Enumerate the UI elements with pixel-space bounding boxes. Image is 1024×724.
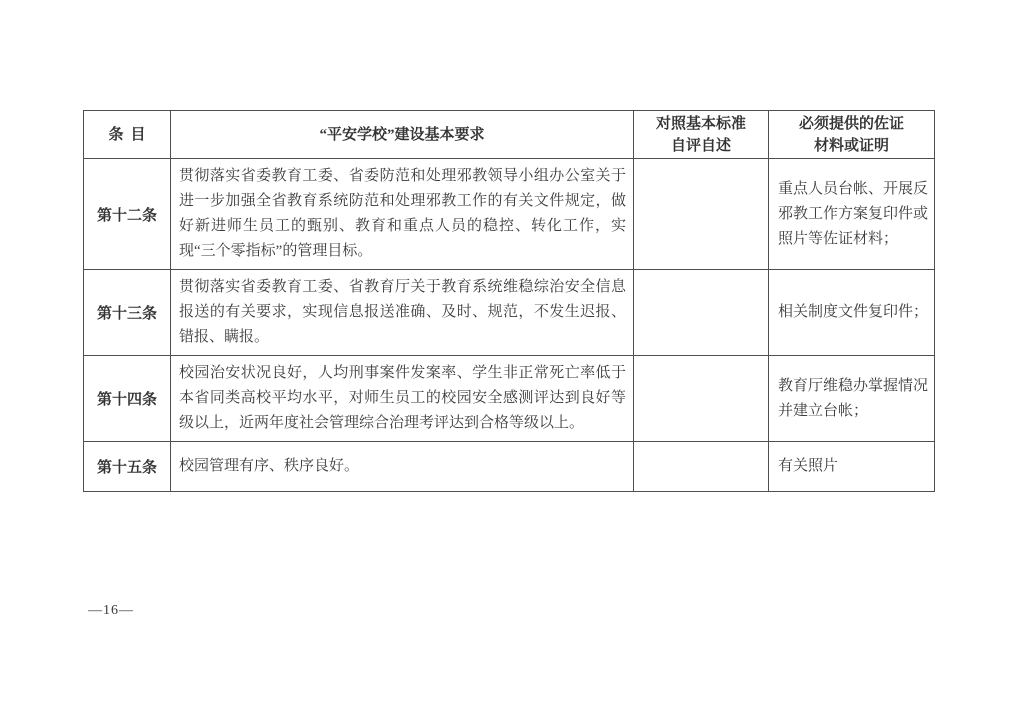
self-evaluation-cell [634, 270, 769, 356]
table-header-row: 条目 “平安学校”建设基本要求 对照基本标准 自评自述 必须提供的佐证 材料或证… [84, 111, 935, 159]
requirement-cell: 校园治安状况良好，人均刑事案件发案率、学生非正常死亡率低于本省同类高校平均水平，… [171, 356, 634, 442]
requirement-cell: 校园管理有序、秩序良好。 [171, 442, 634, 492]
table-row: 第十二条 贯彻落实省委教育工委、省委防范和处理邪教领导小组办公室关于进一步加强全… [84, 159, 935, 270]
item-cell: 第十三条 [84, 270, 171, 356]
evidence-cell: 有关照片 [769, 442, 935, 492]
safe-school-requirements-table: 条目 “平安学校”建设基本要求 对照基本标准 自评自述 必须提供的佐证 材料或证… [83, 110, 935, 492]
header-evidence-column: 必须提供的佐证 材料或证明 [769, 111, 935, 159]
item-cell: 第十二条 [84, 159, 171, 270]
table-row: 第十五条 校园管理有序、秩序良好。 有关照片 [84, 442, 935, 492]
table-row: 第十四条 校园治安状况良好，人均刑事案件发案率、学生非正常死亡率低于本省同类高校… [84, 356, 935, 442]
item-cell: 第十四条 [84, 356, 171, 442]
evidence-cell: 教育厅维稳办掌握情况并建立台帐； [769, 356, 935, 442]
evidence-cell: 重点人员台帐、开展反邪教工作方案复印件或照片等佐证材料； [769, 159, 935, 270]
self-evaluation-cell [634, 442, 769, 492]
page-number: —16— [88, 603, 134, 619]
header-self-evaluation-column: 对照基本标准 自评自述 [634, 111, 769, 159]
table-row: 第十三条 贯彻落实省委教育工委、省教育厅关于教育系统维稳综治安全信息报送的有关要… [84, 270, 935, 356]
header-item-column: 条目 [84, 111, 171, 159]
document-page: 条目 “平安学校”建设基本要求 对照基本标准 自评自述 必须提供的佐证 材料或证… [0, 0, 1024, 724]
self-evaluation-cell [634, 159, 769, 270]
requirement-cell: 贯彻落实省委教育工委、省教育厅关于教育系统维稳综治安全信息报送的有关要求，实现信… [171, 270, 634, 356]
self-evaluation-cell [634, 356, 769, 442]
item-cell: 第十五条 [84, 442, 171, 492]
requirement-cell: 贯彻落实省委教育工委、省委防范和处理邪教领导小组办公室关于进一步加强全省教育系统… [171, 159, 634, 270]
header-requirement-column: “平安学校”建设基本要求 [171, 111, 634, 159]
evidence-cell: 相关制度文件复印件； [769, 270, 935, 356]
